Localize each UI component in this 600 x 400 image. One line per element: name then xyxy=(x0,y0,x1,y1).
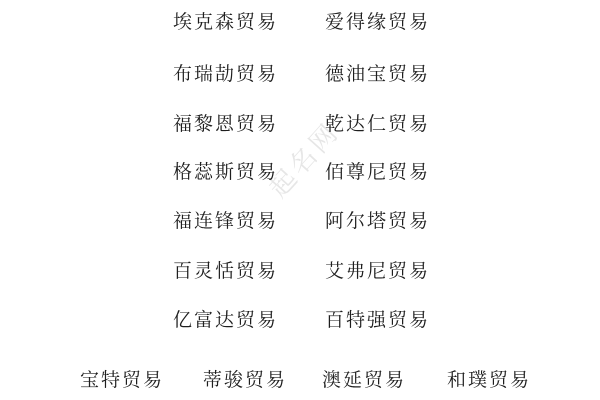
company-name: 乾达仁贸易 xyxy=(325,112,430,136)
company-name: 蒂骏贸易 xyxy=(203,368,287,392)
company-name: 和璞贸易 xyxy=(447,368,531,392)
company-name: 阿尔塔贸易 xyxy=(325,209,430,233)
company-name: 宝特贸易 xyxy=(80,368,164,392)
company-name: 爱得缘贸易 xyxy=(325,10,430,34)
company-name: 百灵恬贸易 xyxy=(173,259,278,283)
company-name: 福连锋贸易 xyxy=(173,209,278,233)
company-name: 布瑞劼贸易 xyxy=(173,62,278,86)
company-name: 艾弗尼贸易 xyxy=(325,259,430,283)
company-name: 德油宝贸易 xyxy=(325,62,430,86)
company-name: 佰尊尼贸易 xyxy=(325,160,430,184)
company-name: 百特强贸易 xyxy=(325,308,430,332)
company-name: 澳延贸易 xyxy=(322,368,406,392)
company-name: 亿富达贸易 xyxy=(173,308,278,332)
company-name: 格蕊斯贸易 xyxy=(173,160,278,184)
company-name: 埃克森贸易 xyxy=(173,10,278,34)
company-name: 福黎恩贸易 xyxy=(173,112,278,136)
